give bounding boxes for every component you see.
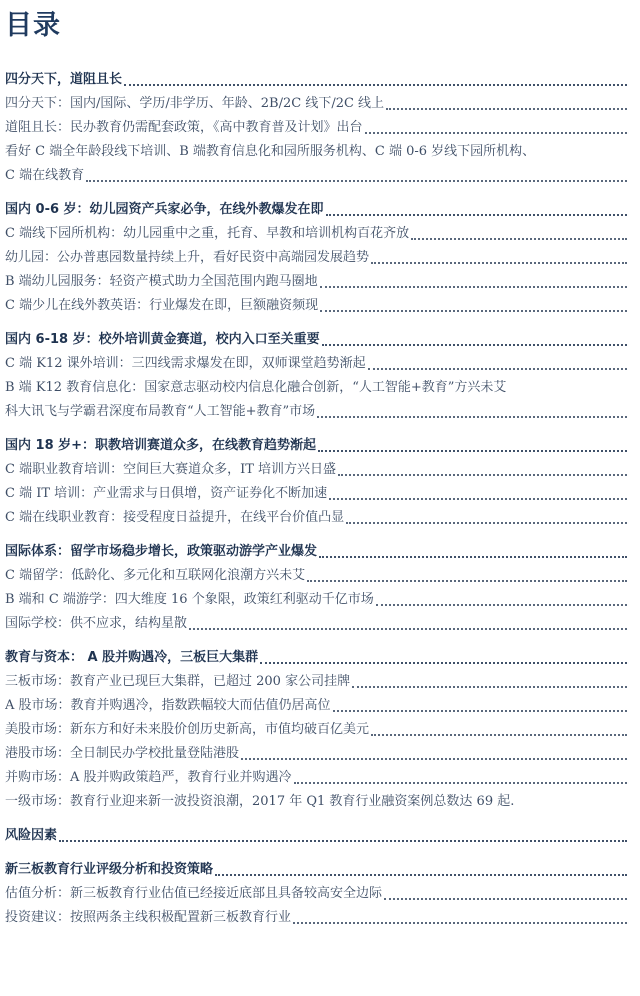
toc-heading-link[interactable]: 国内 0-6 岁：幼儿园资产兵家必争，在线外教爆发在即 [5, 198, 627, 222]
toc-section: 教育与资本： A 股并购遇冷，三板巨大集群 三板市场：教育产业已现巨大集群，已超… [5, 646, 627, 814]
toc-entry-label: 一级市场：教育行业迎来新一波投资浪潮，2017 年 Q1 教育行业融资案例总数达… [5, 790, 516, 814]
toc-entry-label: C 端在线教育 [5, 164, 86, 188]
toc-entry-link[interactable]: 一级市场：教育行业迎来新一波投资浪潮，2017 年 Q1 教育行业融资案例总数达… [5, 790, 627, 814]
toc-entry-label: 港股市场：全日制民办学校批量登陆港股 [5, 742, 241, 766]
toc-entry-link[interactable]: 道阻且长：民办教育仍需配套政策，《高中教育普及计划》出台 [5, 116, 627, 140]
toc-entry-label: 幼儿园：公办普惠园数量持续上升，看好民资中高端园发展趋势 [5, 246, 371, 270]
toc-heading-link[interactable]: 国内 6-18 岁：校外培训黄金赛道，校内入口至关重要 [5, 328, 627, 352]
toc-section: 国内 0-6 岁：幼儿园资产兵家必争，在线外教爆发在即 C 端线下园所机构：幼儿… [5, 198, 627, 318]
toc-entry-link[interactable]: 幼儿园：公办普惠园数量持续上升，看好民资中高端园发展趋势 [5, 246, 627, 270]
dot-leader [215, 858, 627, 882]
toc-section: 国内 18 岁+：职教培训赛道众多，在线教育趋势渐起 C 端职业教育培训：空间巨… [5, 434, 627, 530]
toc-entry-label: A 股市场：教育并购遇冷，指数跌幅较大而估值仍居高位 [5, 694, 333, 718]
toc-entry-link[interactable]: C 端线下园所机构：幼儿园重中之重，托育、早教和培训机构百花齐放 [5, 222, 627, 246]
toc-entry-link[interactable]: 三板市场：教育产业已现巨大集群，已超过 200 家公司挂牌 [5, 670, 627, 694]
dot-leader [333, 694, 627, 718]
toc-entry-label: 国际学校：供不应求，结构星散 [5, 612, 189, 636]
dot-leader [318, 434, 627, 458]
toc-entry-link[interactable]: B 端幼儿园服务：轻资产模式助力全国范围内跑马圈地 [5, 270, 627, 294]
toc-heading-label: 国内 6-18 岁：校外培训黄金赛道，校内入口至关重要 [5, 328, 322, 352]
page-title: 目录 [5, 8, 61, 44]
toc-heading-link[interactable]: 国际体系：留学市场稳步增长，政策驱动游学产业爆发 [5, 540, 627, 564]
toc-entry-label: 并购市场：A 股并购政策趋严，教育行业并购遇冷 [5, 766, 294, 790]
dot-leader [352, 670, 627, 694]
dot-leader [307, 564, 627, 588]
dot-leader [320, 270, 627, 294]
toc-heading-link[interactable]: 新三板教育行业评级分析和投资策略 [5, 858, 627, 882]
toc-entry-link[interactable]: 投资建议：按照两条主线积极配置新三板教育行业 [5, 906, 627, 930]
toc-heading-label: 风险因素 [5, 824, 59, 848]
toc-section: 风险因素 [5, 824, 627, 848]
dot-leader [293, 906, 627, 930]
toc-entry-link[interactable]: C 端少儿在线外教英语：行业爆发在即，巨额融资频现 [5, 294, 627, 318]
toc-heading-label: 教育与资本： A 股并购遇冷，三板巨大集群 [5, 646, 260, 670]
toc-section: 四分天下，道阻且长 四分天下：国内/国际、学历/非学历、年龄、2B/2C 线下/… [5, 68, 627, 188]
toc-entry-label: 道阻且长：民办教育仍需配套政策，《高中教育普及计划》出台 [5, 116, 365, 140]
dot-leader [319, 540, 627, 564]
dot-leader [384, 882, 627, 906]
toc-entry-label: 看好 C 端全年龄段线下培训、B 端教育信息化和园所服务机构、C 端 0-6 岁… [5, 140, 537, 164]
toc-section: 新三板教育行业评级分析和投资策略 估值分析：新三板教育行业估值已经接近底部且具备… [5, 858, 627, 930]
toc-section: 国际体系：留学市场稳步增长，政策驱动游学产业爆发 C 端留学：低龄化、多元化和互… [5, 540, 627, 636]
dot-leader [320, 294, 627, 318]
toc-entry-link[interactable]: 四分天下：国内/国际、学历/非学历、年龄、2B/2C 线下/2C 线上 [5, 92, 627, 116]
toc-entry-link[interactable]: 科大讯飞与学霸君深度布局教育“人工智能+教育”市场 [5, 400, 627, 424]
toc-heading-label: 四分天下，道阻且长 [5, 68, 124, 92]
toc-entry-label: 美股市场：新东方和好未来股价创历史新高，市值均破百亿美元 [5, 718, 371, 742]
toc-entry-link[interactable]: 估值分析：新三板教育行业估值已经接近底部且具备较高安全边际 [5, 882, 627, 906]
toc-entry-link[interactable]: C 端留学：低龄化、多元化和互联网化浪潮方兴未艾 [5, 564, 627, 588]
toc-entry-label: 科大讯飞与学霸君深度布局教育“人工智能+教育”市场 [5, 400, 317, 424]
toc-entry-label: 估值分析：新三板教育行业估值已经接近底部且具备较高安全边际 [5, 882, 384, 906]
toc-entry-link[interactable]: 港股市场：全日制民办学校批量登陆港股 [5, 742, 627, 766]
toc-heading-link[interactable]: 教育与资本： A 股并购遇冷，三板巨大集群 [5, 646, 627, 670]
toc-entry-label: C 端 IT 培训：产业需求与日俱增，资产证券化不断加速 [5, 482, 329, 506]
dot-leader [124, 68, 627, 92]
toc-heading-link[interactable]: 四分天下，道阻且长 [5, 68, 627, 92]
toc-entry-link[interactable]: C 端 IT 培训：产业需求与日俱增，资产证券化不断加速 [5, 482, 627, 506]
toc-entry-link[interactable]: 国际学校：供不应求，结构星散 [5, 612, 627, 636]
toc-heading-label: 国内 0-6 岁：幼儿园资产兵家必争，在线外教爆发在即 [5, 198, 326, 222]
toc-heading-link[interactable]: 国内 18 岁+：职教培训赛道众多，在线教育趋势渐起 [5, 434, 627, 458]
dot-leader [326, 198, 627, 222]
toc-entry-link[interactable]: C 端职业教育培训：空间巨大赛道众多，IT 培训方兴日盛 [5, 458, 627, 482]
toc-entry-label: C 端线下园所机构：幼儿园重中之重，托育、早教和培训机构百花齐放 [5, 222, 411, 246]
dot-leader [241, 742, 627, 766]
toc-heading-label: 国内 18 岁+：职教培训赛道众多，在线教育趋势渐起 [5, 434, 318, 458]
dot-leader [260, 646, 627, 670]
dot-leader [346, 506, 627, 530]
toc-entry-link[interactable]: C 端在线职业教育：接受程度日益提升，在线平台价值凸显 [5, 506, 627, 530]
toc-entry-link[interactable]: C 端 K12 课外培训：三四线需求爆发在即，双师课堂趋势渐起 [5, 352, 627, 376]
dot-leader [59, 824, 627, 848]
toc-entry-label: 四分天下：国内/国际、学历/非学历、年龄、2B/2C 线下/2C 线上 [5, 92, 386, 116]
dot-leader [317, 400, 627, 424]
toc-heading-link[interactable]: 风险因素 [5, 824, 627, 848]
toc-entry-label: 三板市场：教育产业已现巨大集群，已超过 200 家公司挂牌 [5, 670, 352, 694]
toc-entry-link[interactable]: 美股市场：新东方和好未来股价创历史新高，市值均破百亿美元 [5, 718, 627, 742]
toc-entry-label: C 端在线职业教育：接受程度日益提升，在线平台价值凸显 [5, 506, 346, 530]
toc-heading-label: 新三板教育行业评级分析和投资策略 [5, 858, 215, 882]
toc-heading-label: 国际体系：留学市场稳步增长，政策驱动游学产业爆发 [5, 540, 319, 564]
dot-leader [322, 328, 627, 352]
dot-leader [376, 588, 627, 612]
dot-leader [386, 92, 627, 116]
toc-entry-link[interactable]: B 端和 C 端游学：四大维度 16 个象限，政策红利驱动千亿市场 [5, 588, 627, 612]
toc-entry-label: B 端 K12 教育信息化：国家意志驱动校内信息化融合创新，“人工智能+教育”方… [5, 376, 508, 400]
toc-entry-label: C 端少儿在线外教英语：行业爆发在即，巨额融资频现 [5, 294, 320, 318]
toc-entry-link[interactable]: B 端 K12 教育信息化：国家意志驱动校内信息化融合创新，“人工智能+教育”方… [5, 376, 627, 400]
dot-leader [329, 482, 627, 506]
toc-entry-link[interactable]: A 股市场：教育并购遇冷，指数跌幅较大而估值仍居高位 [5, 694, 627, 718]
table-of-contents: 四分天下，道阻且长 四分天下：国内/国际、学历/非学历、年龄、2B/2C 线下/… [5, 68, 627, 940]
toc-entry-link[interactable]: 看好 C 端全年龄段线下培训、B 端教育信息化和园所服务机构、C 端 0-6 岁… [5, 140, 627, 164]
toc-entry-link[interactable]: C 端在线教育 [5, 164, 627, 188]
dot-leader [294, 766, 627, 790]
toc-section: 国内 6-18 岁：校外培训黄金赛道，校内入口至关重要 C 端 K12 课外培训… [5, 328, 627, 424]
dot-leader [365, 116, 627, 140]
toc-entry-label: B 端和 C 端游学：四大维度 16 个象限，政策红利驱动千亿市场 [5, 588, 376, 612]
toc-entry-link[interactable]: 并购市场：A 股并购政策趋严，教育行业并购遇冷 [5, 766, 627, 790]
dot-leader [368, 352, 627, 376]
dot-leader [338, 458, 627, 482]
dot-leader [371, 246, 627, 270]
dot-leader [86, 164, 627, 188]
toc-entry-label: 投资建议：按照两条主线积极配置新三板教育行业 [5, 906, 293, 930]
toc-entry-label: C 端 K12 课外培训：三四线需求爆发在即，双师课堂趋势渐起 [5, 352, 368, 376]
dot-leader [411, 222, 627, 246]
toc-entry-label: C 端职业教育培训：空间巨大赛道众多，IT 培训方兴日盛 [5, 458, 338, 482]
toc-entry-label: C 端留学：低龄化、多元化和互联网化浪潮方兴未艾 [5, 564, 307, 588]
dot-leader [189, 612, 627, 636]
dot-leader [371, 718, 627, 742]
toc-entry-label: B 端幼儿园服务：轻资产模式助力全国范围内跑马圈地 [5, 270, 320, 294]
